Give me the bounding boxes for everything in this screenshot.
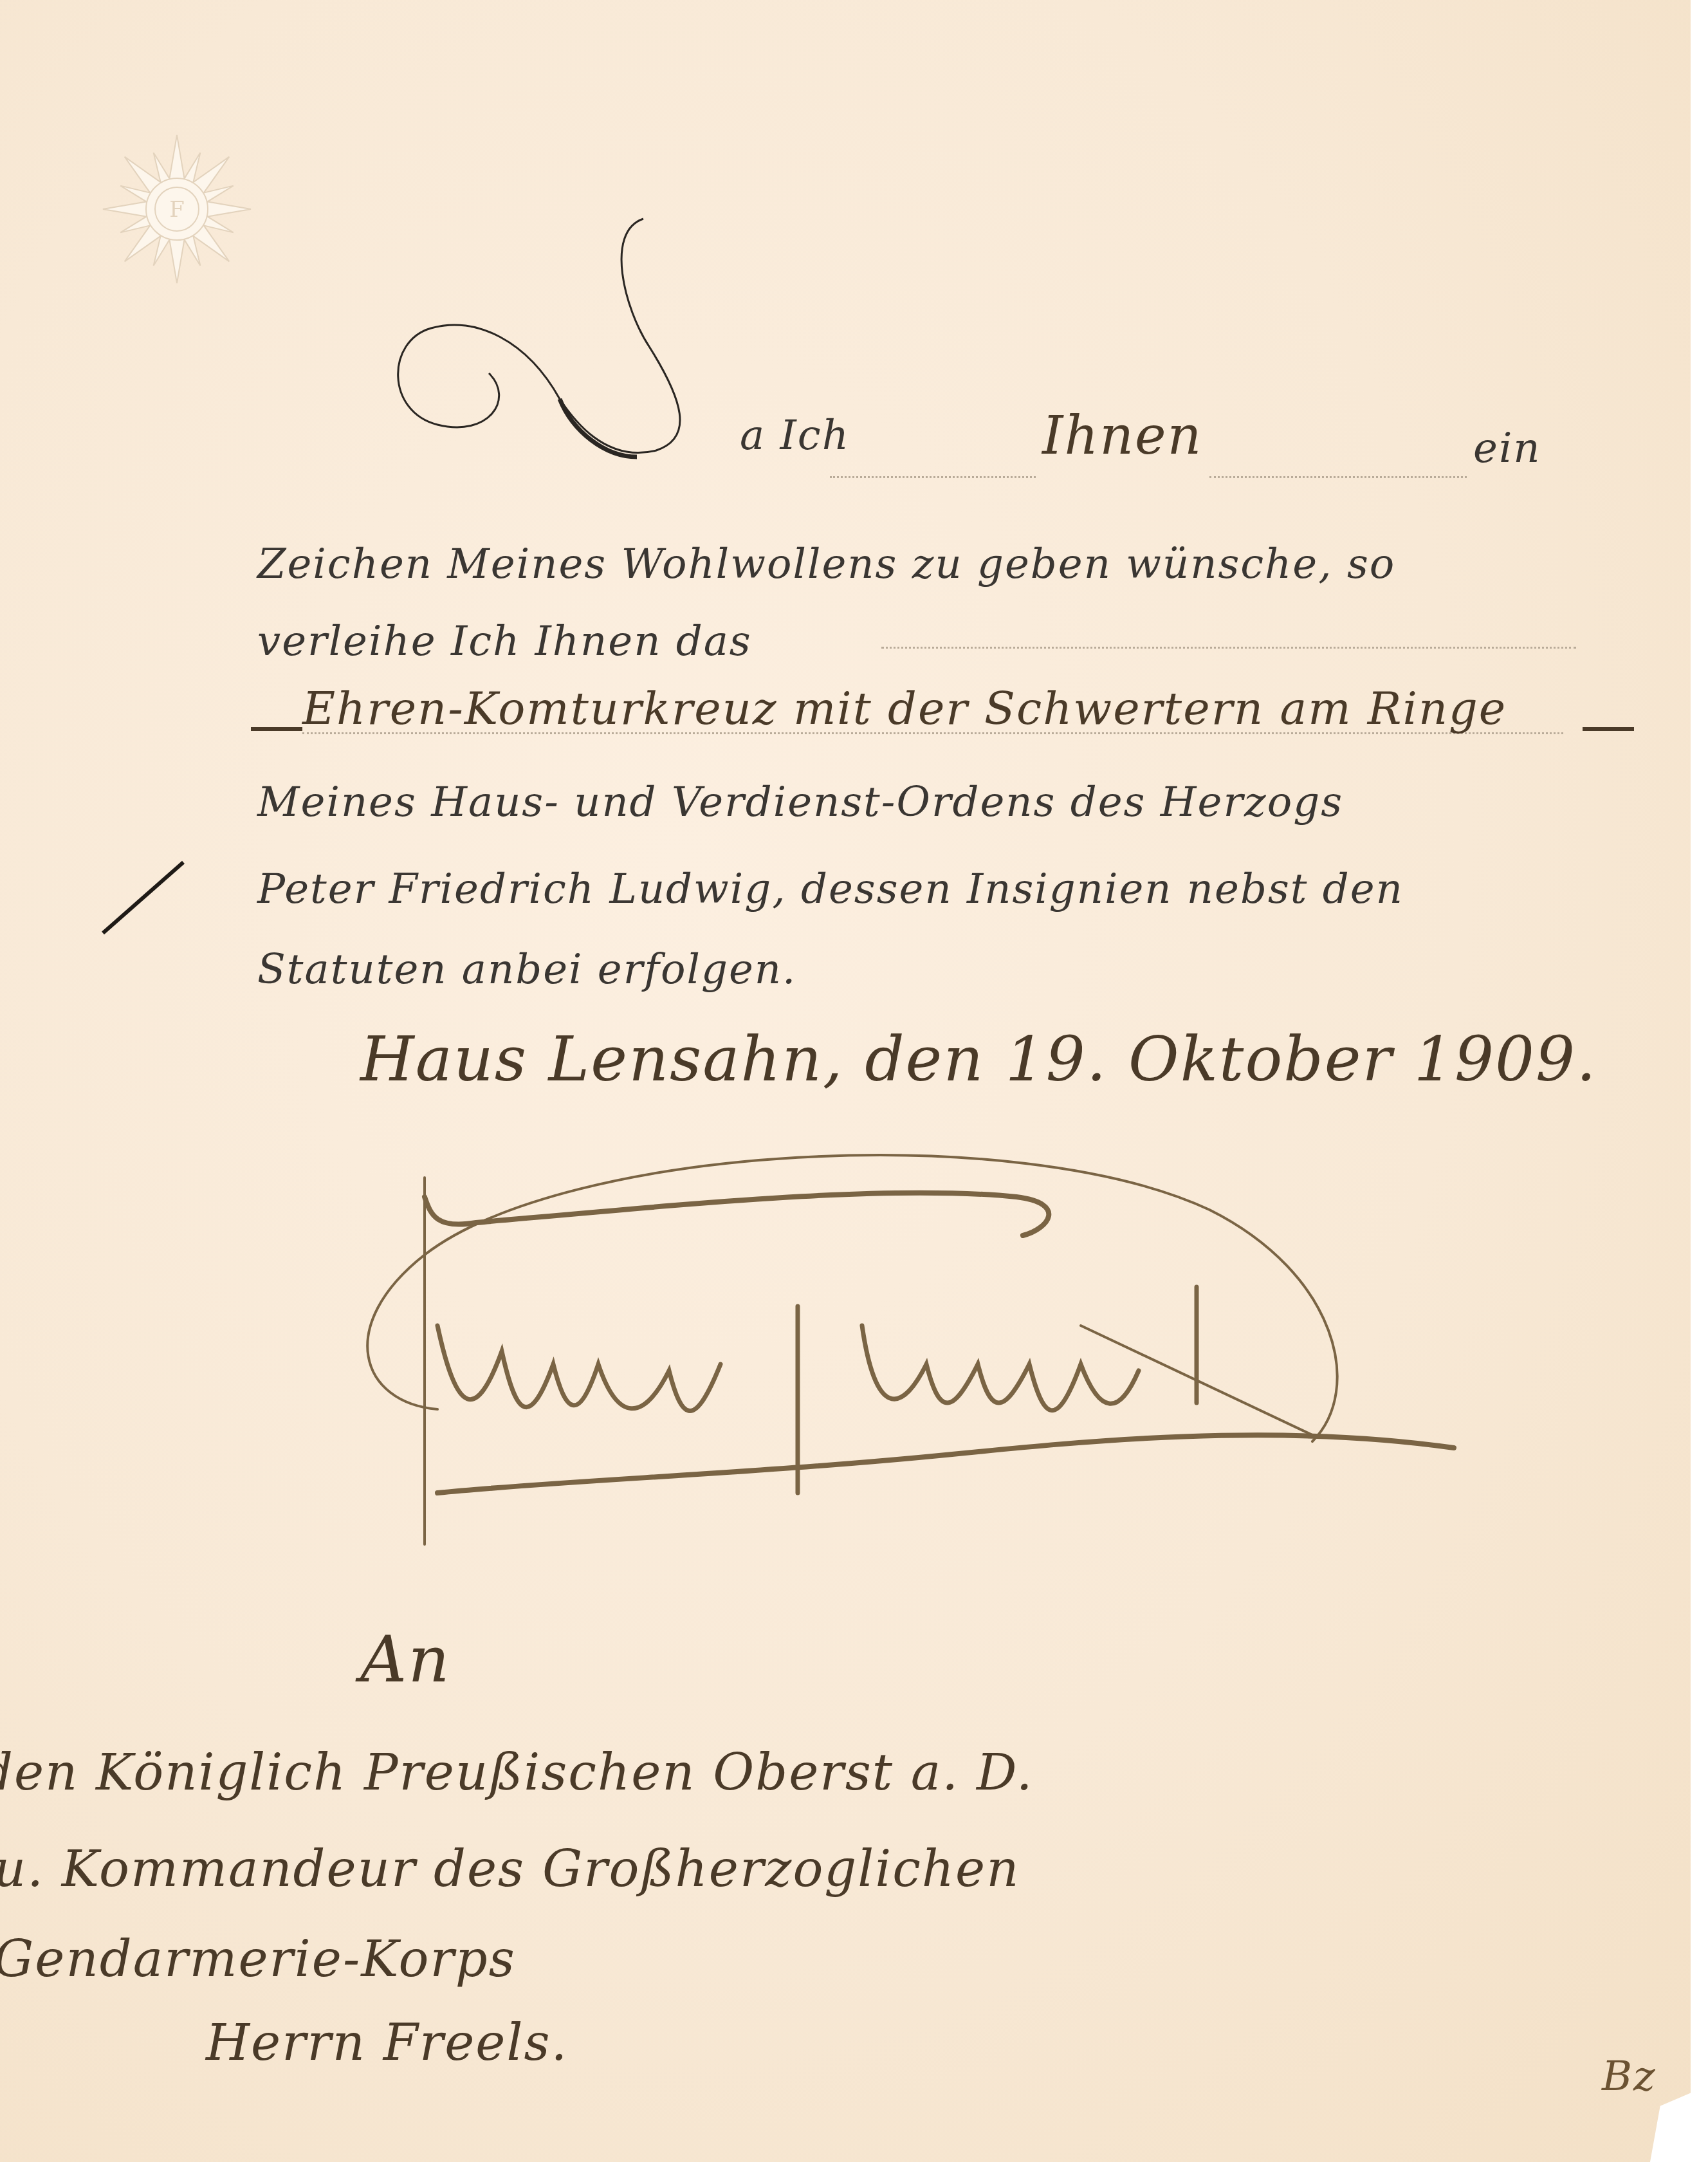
dash-left — [251, 727, 302, 731]
fill-in-dotted-line — [881, 647, 1576, 649]
fill-in-dotted-line — [1209, 476, 1467, 478]
address-line4-recipient: Herrn Freels. — [206, 2014, 568, 2072]
address-line2: u. Kommandeur des Großherzoglichen — [0, 1840, 1020, 1898]
svg-text:F: F — [169, 197, 185, 223]
place-and-date: Haus Lensahn, den 19. Oktober 1909. — [360, 1023, 1597, 1095]
printed-text-line1-start: a Ich — [740, 412, 850, 459]
margin-slash-mark — [96, 856, 193, 939]
embossed-star-seal-icon: F — [96, 129, 257, 290]
printed-text-line5: Meines Haus- und Verdienst-Ordens des He… — [257, 779, 1343, 826]
address-line1: den Königlich Preußischen Oberst a. D. — [0, 1744, 1033, 1802]
signature-friedrich-august — [309, 1133, 1467, 1551]
document-paper: F a Ich Ihnen ein Zeichen Meines Wohlwol… — [0, 0, 1691, 2162]
corner-initials-mark: Bz — [1602, 2053, 1657, 2100]
address-prefix: An — [360, 1622, 451, 1697]
handwritten-order-name: Ehren-Komturkreuz mit der Schwertern am … — [302, 682, 1507, 735]
printed-text-line3: verleihe Ich Ihnen das — [257, 618, 752, 665]
printed-text-line1-end: ein — [1473, 425, 1541, 472]
printed-text-line6: Peter Friedrich Ludwig, dessen Insignien… — [257, 865, 1404, 913]
handwritten-recipient-pronoun: Ihnen — [1042, 405, 1202, 467]
fill-in-dotted-line — [830, 476, 1036, 478]
address-line3: Gendarmerie-Korps — [0, 1930, 516, 1988]
decorative-initial-d — [360, 206, 721, 476]
dash-right — [1583, 727, 1634, 731]
printed-text-line7: Statuten anbei erfolgen. — [257, 946, 796, 994]
printed-text-line2: Zeichen Meines Wohlwollens zu geben wüns… — [257, 541, 1395, 588]
